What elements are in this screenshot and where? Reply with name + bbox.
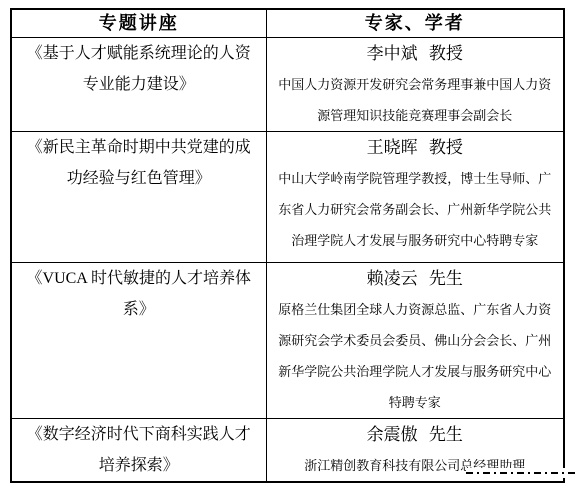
topic-cell: 《数字经济时代下商科实践人才培养探索》 [11,419,266,483]
table-row: 《基于人才赋能系统理论的人资专业能力建设》 李中斌 教授 中国人力资源开发研究会… [11,38,564,132]
lecture-topic: 《数字经济时代下商科实践人才培养探索》 [19,419,259,481]
topic-cell: 《新民主革命时期中共党建的成功经验与红色管理》 [11,132,266,263]
topic-cell: 《基于人才赋能系统理论的人资专业能力建设》 [11,38,266,132]
header-experts: 专家、学者 [266,9,564,38]
expert-cell: 赖凌云 先生 原格兰仕集团全球人力资源总监、广东省人力资源研究会学术委员会委员、… [266,263,564,419]
expert-name: 赖凌云 先生 [274,263,557,294]
expert-name: 李中斌 教授 [274,38,557,69]
expert-description: 中国人力资源开发研究会常务理事兼中国人力资源管理知识技能竞赛理事会副会长 [274,69,557,131]
expert-description: 中山大学岭南学院管理学教授，博士生导师、广东省人力研究会常务副会长、广州新华学院… [274,163,557,256]
lecture-topic: 《新民主革命时期中共党建的成功经验与红色管理》 [19,132,259,194]
expert-cell: 王晓晖 教授 中山大学岭南学院管理学教授，博士生导师、广东省人力研究会常务副会长… [266,132,564,263]
expert-cell: 李中斌 教授 中国人力资源开发研究会常务理事兼中国人力资源管理知识技能竞赛理事会… [266,38,564,132]
expert-description: 原格兰仕集团全球人力资源总监、广东省人力资源研究会学术委员会委员、佛山分会会长、… [274,294,557,418]
table-row: 《VUCA 时代敏捷的人才培养体系》 赖凌云 先生 原格兰仕集团全球人力资源总监… [11,263,564,419]
expert-name: 余震傲 先生 [274,419,557,450]
lecture-topic: 《基于人才赋能系统理论的人资专业能力建设》 [19,38,259,100]
page: 专题讲座 专家、学者 《基于人才赋能系统理论的人资专业能力建设》 李中斌 教授 … [0,0,577,490]
header-topic: 专题讲座 [11,9,266,38]
expert-name: 王晓晖 教授 [274,132,557,163]
table-row: 《新民主革命时期中共党建的成功经验与红色管理》 王晓晖 教授 中山大学岭南学院管… [11,132,564,263]
header-row: 专题讲座 专家、学者 [11,9,564,38]
topic-cell: 《VUCA 时代敏捷的人才培养体系》 [11,263,266,419]
dash-dot-border-segment [466,472,577,474]
lecture-topic: 《VUCA 时代敏捷的人才培养体系》 [19,263,259,325]
lecture-schedule-table: 专题讲座 专家、学者 《基于人才赋能系统理论的人资专业能力建设》 李中斌 教授 … [10,8,565,483]
